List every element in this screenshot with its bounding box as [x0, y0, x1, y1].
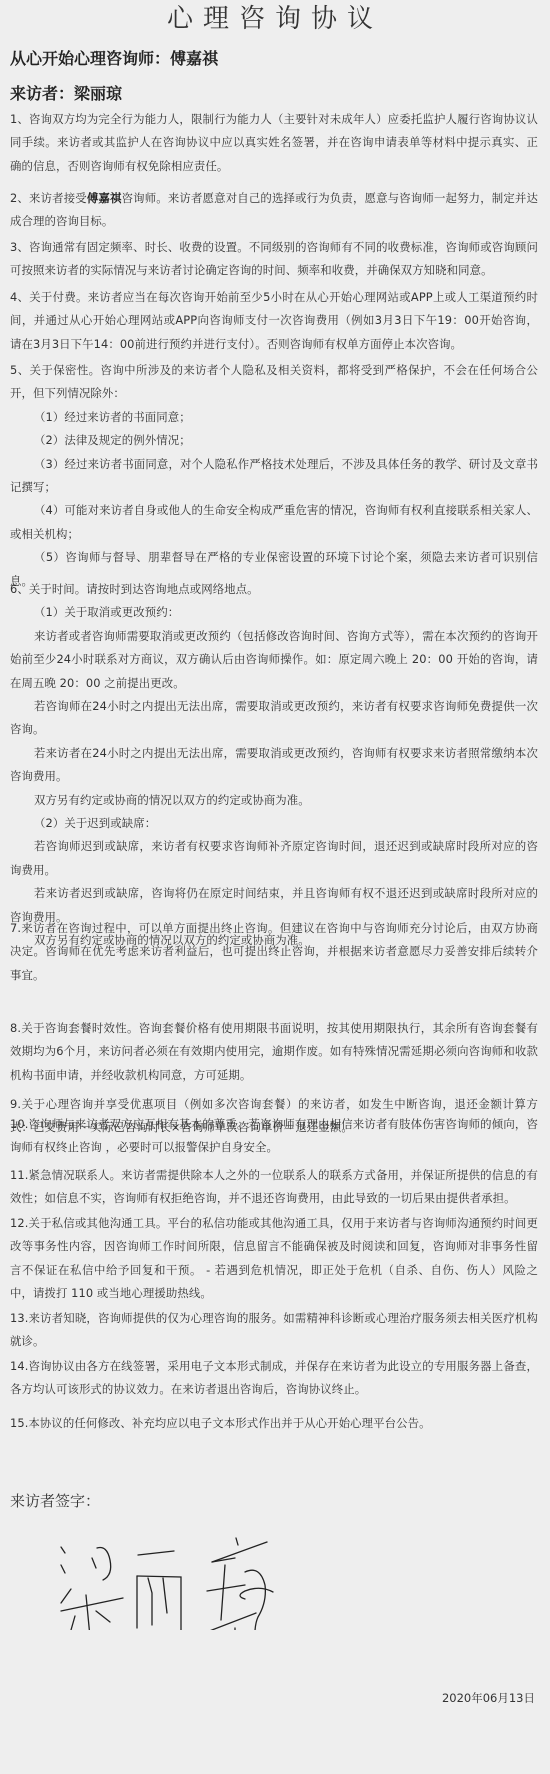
- clause-1: 1、咨询双方均为完全行为能力人，限制行为能力人（主要针对未成年人）应委托监护人履…: [10, 108, 538, 178]
- counselor-name: 傅嘉祺: [170, 49, 218, 68]
- clause-4: 4、关于付费。来访者应当在每次咨询开始前至少5小时在从心开始心理网站或APP上或…: [10, 286, 538, 356]
- clause-6-sub1-title: （1）关于取消或更改预约：: [10, 601, 538, 624]
- clause-2-counselor-name: 傅嘉祺: [87, 191, 122, 205]
- signing-date: 2020年06月13日: [442, 1690, 535, 1706]
- handwritten-signature: [55, 1500, 295, 1634]
- clause-6-sub1-para-4: 双方另有约定或协商的情况以双方的约定或协商为准。: [10, 789, 538, 812]
- clause-5: 5、关于保密性。咨询中所涉及的来访者个人隐私及相关资料，都将受到严格保护，不会在…: [10, 359, 538, 593]
- clause-5-item-3: （3）经过来访者书面同意，对个人隐私作严格技术处理后，不涉及具体任务的教学、研讨…: [10, 453, 538, 500]
- visitor-label: 来访者：: [10, 84, 74, 103]
- visitor-name: 梁丽琼: [74, 84, 122, 103]
- clause-15: 15.本协议的任何修改、补充均应以电子文本形式作出并于从心开始心理平台公告。: [10, 1412, 538, 1435]
- clause-5-item-2: （2）法律及规定的例外情况；: [10, 429, 538, 452]
- visitor-line: 来访者：梁丽琼: [10, 83, 122, 105]
- clause-12: 12.关于私信或其他沟通工具。平台的私信功能或其他沟通工具，仅用于来访者与咨询师…: [10, 1212, 538, 1306]
- clause-6-sub1-para-1: 来访者或者咨询师需要取消或更改预约（包括修改咨询时间、咨询方式等），需在本次预约…: [10, 625, 538, 695]
- clause-6: 6、关于时间。请按时到达咨询地点或网络地点。 （1）关于取消或更改预约： 来访者…: [10, 578, 538, 953]
- clause-10: 10.咨询师与来访者双方应互相有基本的尊重。若咨询师有理由相信来访者有肢体伤害咨…: [10, 1113, 538, 1160]
- clause-6-intro: 6、关于时间。请按时到达咨询地点或网络地点。: [10, 578, 538, 601]
- clause-13: 13.来访者知晓，咨询师提供的仅为心理咨询的服务。如需精神科诊断或心理治疗服务须…: [10, 1307, 538, 1354]
- clause-5-intro: 5、关于保密性。咨询中所涉及的来访者个人隐私及相关资料，都将受到严格保护，不会在…: [10, 359, 538, 406]
- clause-14: 14.咨询协议由各方在线签署，采用电子文本形式制成，并保存在来访者为此设立的专用…: [10, 1355, 538, 1402]
- clause-7: 7.来访者在咨询过程中，可以单方面提出终止咨询。但建议在咨询中与咨询师充分讨论后…: [10, 917, 538, 987]
- clause-6-sub2-para-1: 若咨询师迟到或缺席，来访者有权要求咨询师补齐原定咨询时间，退还迟到或缺席时段所对…: [10, 835, 538, 882]
- clause-5-item-1: （1）经过来访者的书面同意；: [10, 406, 538, 429]
- counselor-line: 从心开始心理咨询师：傅嘉祺: [10, 48, 218, 70]
- clause-6-sub1-para-3: 若来访者在24小时之内提出无法出席，需要取消或更改预约，咨询师有权要求来访者照常…: [10, 742, 538, 789]
- clause-2: 2、来访者接受傅嘉祺咨询师。来访者愿意对自己的选择或行为负责，愿意与咨询师一起努…: [10, 187, 538, 234]
- clause-6-sub2-title: （2）关于迟到或缺席：: [10, 812, 538, 835]
- document-title: 心理咨询协议: [0, 2, 550, 36]
- clause-3: 3、咨询通常有固定频率、时长、收费的设置。不同级别的咨询师有不同的收费标准，咨询…: [10, 236, 538, 283]
- clause-8: 8.关于咨询套餐时效性。咨询套餐价格有使用期限书面说明，按其使用期限执行，其余所…: [10, 1017, 538, 1087]
- clause-5-item-4: （4）可能对来访者自身或他人的生命安全构成严重危害的情况，咨询师有权利直接联系相…: [10, 499, 538, 546]
- clause-11: 11.紧急情况联系人。来访者需提供除本人之外的一位联系人的联系方式备用，并保证所…: [10, 1164, 538, 1211]
- clause-2-prefix: 2、来访者接受: [10, 191, 87, 205]
- clause-6-sub1-para-2: 若咨询师在24小时之内提出无法出席，需要取消或更改预约，来访者有权要求咨询师免费…: [10, 695, 538, 742]
- counselor-label: 从心开始心理咨询师：: [10, 49, 170, 68]
